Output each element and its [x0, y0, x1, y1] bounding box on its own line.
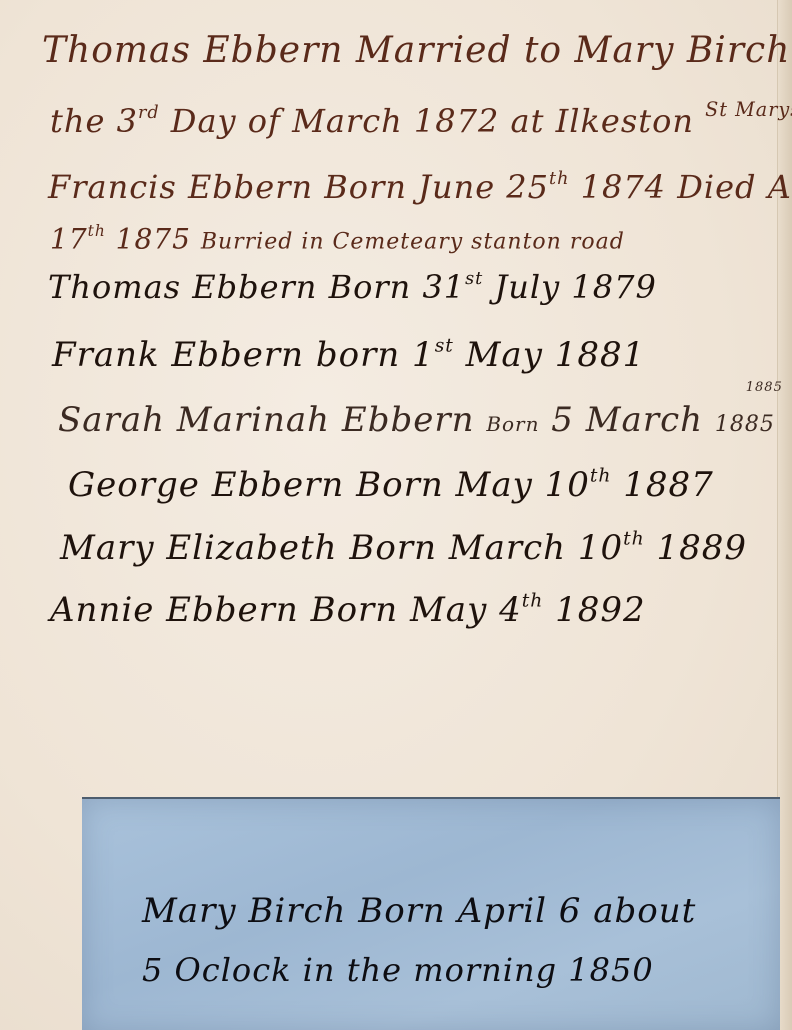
original-year: 1885 — [715, 412, 775, 437]
slip-text: 5 Oclock in the morning 1850 — [142, 951, 654, 989]
ordinal: th — [522, 590, 544, 611]
entry-text: 1889 — [645, 528, 747, 568]
entry-text: Born — [486, 412, 539, 436]
document-page: Thomas Ebbern Married to Mary Birch the … — [0, 0, 792, 1030]
slip-line-1: Mary Birch Born April 6 about — [142, 891, 696, 931]
entry-mary-elizabeth: Mary Elizabeth Born March 10th 1889 — [60, 528, 747, 568]
insertion-note: St Marys — [705, 98, 792, 121]
entry-text: May 1881 — [454, 335, 645, 375]
ordinal: st — [465, 269, 483, 289]
entry-text: Francis Ebbern Born June 25 — [48, 168, 549, 206]
entry-marriage-date: the 3rd Day of March 1872 at Ilkeston St… — [50, 98, 792, 140]
entry-text: Thomas Ebbern Married to Mary Birch — [42, 30, 790, 71]
ordinal: th — [623, 528, 645, 549]
entry-george: George Ebbern Born May 10th 1887 — [68, 465, 714, 505]
entry-annie: Annie Ebbern Born May 4th 1892 — [50, 590, 646, 630]
entry-marriage: Thomas Ebbern Married to Mary Birch — [42, 30, 790, 71]
entry-frank: Frank Ebbern born 1st May 1881 — [52, 335, 645, 375]
entry-text: 1875 — [106, 223, 201, 256]
ordinal: th — [549, 169, 569, 189]
ordinal: rd — [138, 103, 160, 123]
entry-text: Mary Elizabeth Born March 10 — [60, 528, 623, 568]
ordinal: st — [435, 335, 454, 356]
entry-text: George Ebbern Born May 10 — [68, 465, 590, 505]
entry-text: Frank Ebbern born 1 — [52, 335, 435, 375]
entry-text: Thomas Ebbern Born 31 — [48, 268, 465, 306]
entry-text: 1887 — [611, 465, 713, 505]
entry-text: 1892 — [543, 590, 645, 630]
entry-text: 17 — [50, 223, 88, 256]
correction-year: 1885 — [746, 380, 783, 395]
attached-blue-slip: Mary Birch Born April 6 about 5 Oclock i… — [82, 797, 780, 1030]
entry-text: Sarah Marinah Ebbern — [58, 400, 486, 440]
entry-text: Day of March 1872 at Ilkeston — [160, 102, 706, 140]
entry-text: Annie Ebbern Born May 4 — [50, 590, 522, 630]
entry-text: July 1879 — [483, 268, 657, 306]
entry-text: 1874 Died April — [569, 168, 792, 206]
entry-thomas: Thomas Ebbern Born 31st July 1879 — [48, 268, 657, 306]
entry-francis: Francis Ebbern Born June 25th 1874 Died … — [48, 168, 792, 206]
burial-note: Burried in Cemeteary stanton road — [201, 230, 625, 255]
entry-francis-death: 17th 1875 Burried in Cemeteary stanton r… — [50, 222, 625, 256]
slip-text: Mary Birch Born April 6 about — [142, 891, 696, 931]
entry-text: the 3 — [50, 102, 138, 140]
ordinal: th — [590, 465, 612, 486]
entry-text: 5 March — [540, 400, 715, 440]
slip-line-2: 5 Oclock in the morning 1850 — [142, 951, 654, 989]
entry-sarah: Sarah Marinah Ebbern Born 5 March 1885 1… — [58, 400, 775, 440]
ordinal: th — [88, 222, 106, 240]
